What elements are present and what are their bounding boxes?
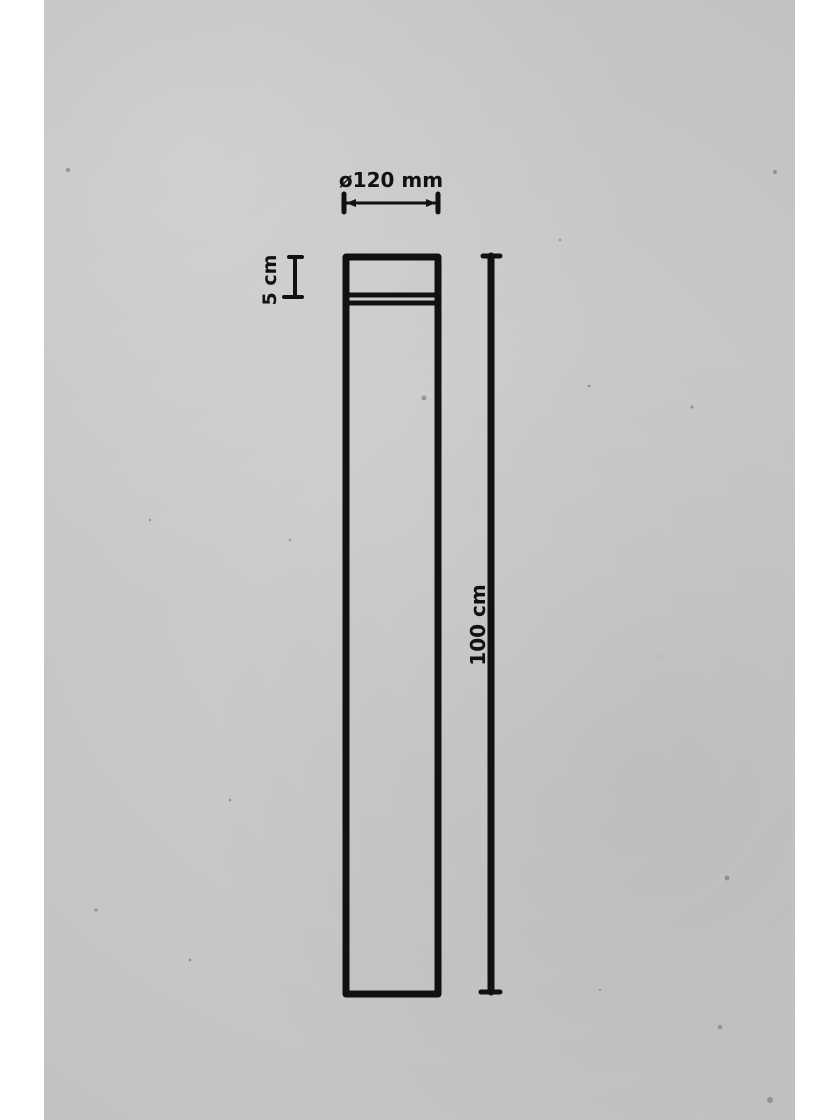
paper-speckles bbox=[66, 168, 777, 1103]
cap-separator bbox=[346, 295, 438, 303]
bollard-outline bbox=[346, 257, 438, 994]
diameter-dimension bbox=[344, 194, 438, 212]
total-height-label: 100 cm bbox=[466, 584, 490, 665]
cap-height-dimension bbox=[284, 257, 302, 297]
cap-height-label: 5 cm bbox=[259, 255, 281, 306]
technical-drawing: ø120 mm 5 cm 100 cm bbox=[0, 0, 840, 1120]
diameter-label: ø120 mm bbox=[339, 168, 443, 192]
